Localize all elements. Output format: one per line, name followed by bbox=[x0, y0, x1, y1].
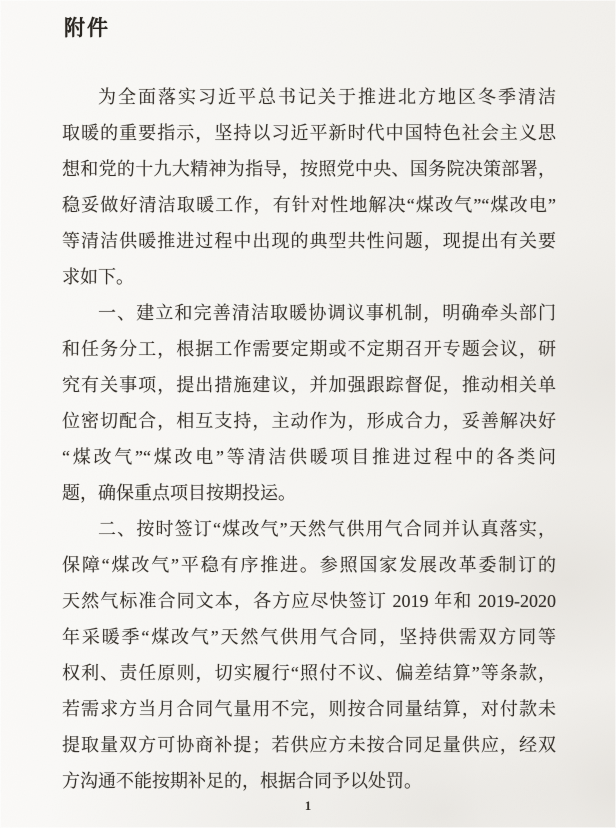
text-line: 稳妥做好清洁取暖工作，有针对性地解决“煤改气”“煤改电” bbox=[62, 187, 556, 223]
paragraph-3: 二、按时签订“煤改气”天然气供用气合同并认真落实， 保障“煤改气”平稳有序推进。… bbox=[62, 511, 556, 799]
text-line: “煤改气”“煤改电”等清洁供暖项目推进过程中的各类问 bbox=[62, 439, 556, 475]
text-line: 等清洁供暖推进过程中出现的典型共性问题，现提出有关要 bbox=[62, 223, 556, 259]
text-line: 提取量双方可协商补提；若供应方未按合同足量供应，经双 bbox=[62, 727, 556, 763]
page-number: 1 bbox=[0, 798, 616, 814]
text-line: 想和党的十九大精神为指导，按照党中央、国务院决策部署， bbox=[62, 151, 556, 187]
attachment-label: 附件 bbox=[64, 12, 110, 42]
text-line: 二、按时签订“煤改气”天然气供用气合同并认真落实， bbox=[62, 511, 556, 547]
text-line: 究有关事项，提出措施建议，并加强跟踪督促，推动相关单 bbox=[62, 367, 556, 403]
text-line: 为全面落实习近平总书记关于推进北方地区冬季清洁 bbox=[62, 79, 556, 115]
text-line: 权利、责任原则，切实履行“照付不议、偏差结算”等条款， bbox=[62, 655, 556, 691]
text-line: 题，确保重点项目按期投运。 bbox=[62, 475, 556, 511]
text-line: 一、建立和完善清洁取暖协调议事机制，明确牵头部门 bbox=[62, 295, 556, 331]
document-body: 为全面落实习近平总书记关于推进北方地区冬季清洁 取暖的重要指示，坚持以习近平新时… bbox=[62, 79, 556, 799]
text-line: 若需求方当月合同气量用不完，则按合同量结算，对付款未 bbox=[62, 691, 556, 727]
paragraph-1: 为全面落实习近平总书记关于推进北方地区冬季清洁 取暖的重要指示，坚持以习近平新时… bbox=[62, 79, 556, 295]
text-line: 天然气标准合同文本，各方应尽快签订 2019 年和 2019-2020 bbox=[62, 583, 556, 619]
text-line: 求如下。 bbox=[62, 259, 556, 295]
scanned-document-page: 附件 为全面落实习近平总书记关于推进北方地区冬季清洁 取暖的重要指示，坚持以习近… bbox=[0, 0, 616, 828]
text-line: 位密切配合，相互支持，主动作为，形成合力，妥善解决好 bbox=[62, 403, 556, 439]
text-line: 保障“煤改气”平稳有序推进。参照国家发展改革委制订的 bbox=[62, 547, 556, 583]
text-line: 和任务分工，根据工作需要定期或不定期召开专题会议，研 bbox=[62, 331, 556, 367]
text-line: 年采暖季“煤改气”天然气供用气合同，坚持供需双方同等 bbox=[62, 619, 556, 655]
paragraph-2: 一、建立和完善清洁取暖协调议事机制，明确牵头部门 和任务分工，根据工作需要定期或… bbox=[62, 295, 556, 511]
text-line: 方沟通不能按期补足的，根据合同予以处罚。 bbox=[62, 763, 556, 799]
text-line: 取暖的重要指示，坚持以习近平新时代中国特色社会主义思 bbox=[62, 115, 556, 151]
